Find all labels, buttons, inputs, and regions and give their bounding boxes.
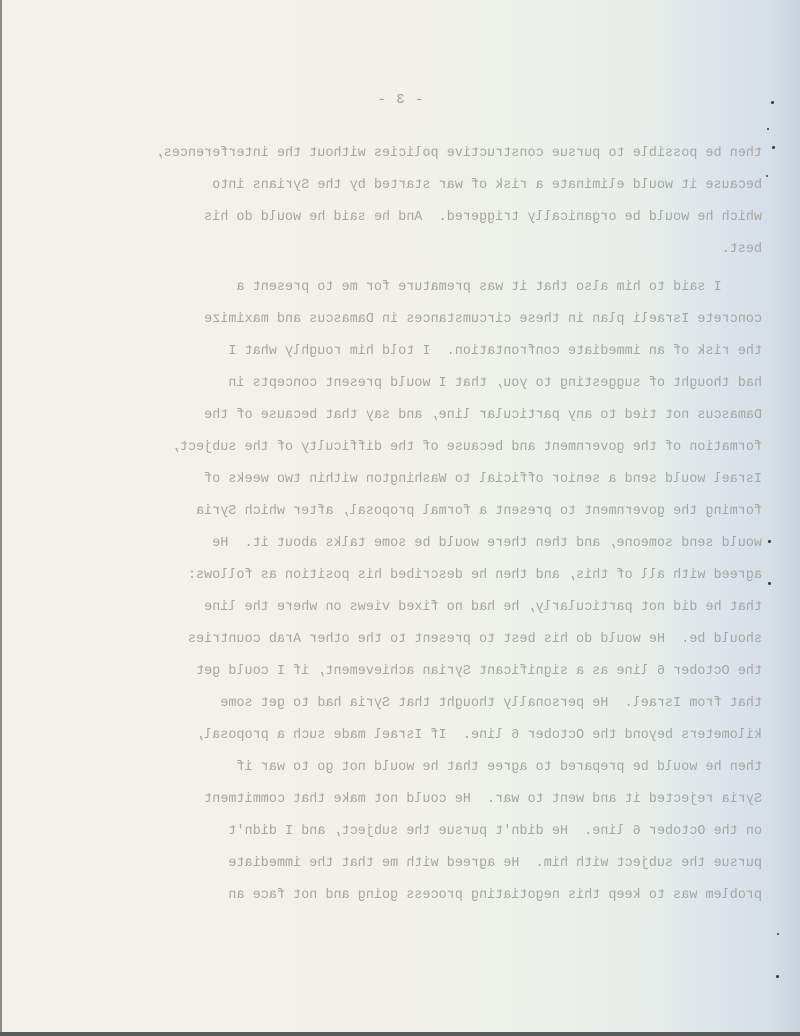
page-number: - 3 - — [0, 92, 800, 108]
text-line: Israel would send a senior official to W… — [62, 472, 762, 487]
text-line: agreed with all of this, and then he des… — [62, 568, 762, 583]
text-line: Damascus not tied to any particular line… — [62, 408, 762, 423]
text-line: Syria rejected it and went to war. He co… — [62, 792, 762, 807]
text-line: would send someone, and then there would… — [62, 536, 762, 551]
scan-speck — [776, 975, 779, 978]
text-line: pursue the subject with him. He agreed w… — [62, 856, 762, 871]
text-line: had thought of suggesting to you, that I… — [62, 376, 762, 391]
scan-speck — [772, 146, 775, 149]
text-line: then be possible to pursue constructive … — [62, 146, 762, 161]
mirrored-text-layer: - 3 - then be possible to pursue constru… — [0, 0, 800, 1036]
text-line: forming the government to present a form… — [62, 504, 762, 519]
scanned-page: - 3 - then be possible to pursue constru… — [0, 0, 800, 1036]
text-line: kilometers beyond the October 6 line. If… — [62, 728, 762, 743]
scan-speck — [777, 933, 779, 935]
text-line: problem was to keep this negotiating pro… — [62, 888, 762, 903]
text-line: formation of the government and because … — [62, 440, 762, 455]
text-line: concrete Israeli plan in these circumsta… — [62, 312, 762, 327]
scan-speck — [768, 540, 771, 543]
scan-speck — [771, 101, 774, 104]
text-line: the risk of an immediate confrontation. … — [62, 344, 762, 359]
text-line: should be. He would do his best to prese… — [62, 632, 762, 647]
text-line: that from Israel. He personally thought … — [62, 696, 762, 711]
text-line: that he did not particularly, he had no … — [62, 600, 762, 615]
text-line: because it would eliminate a risk of war… — [62, 178, 762, 193]
scan-speck — [768, 582, 771, 585]
scan-speck — [766, 175, 768, 177]
text-line: which he would be organically triggered.… — [62, 210, 762, 225]
text-line: then he would be prepared to agree that … — [62, 760, 762, 775]
text-line: the October 6 line as a significant Syri… — [62, 664, 762, 679]
scan-speck — [767, 128, 769, 130]
text-line: on the October 6 line. He didn't pursue … — [62, 824, 762, 839]
text-line: I said to him also that it was premature… — [62, 280, 762, 295]
text-line: best. — [62, 242, 762, 257]
